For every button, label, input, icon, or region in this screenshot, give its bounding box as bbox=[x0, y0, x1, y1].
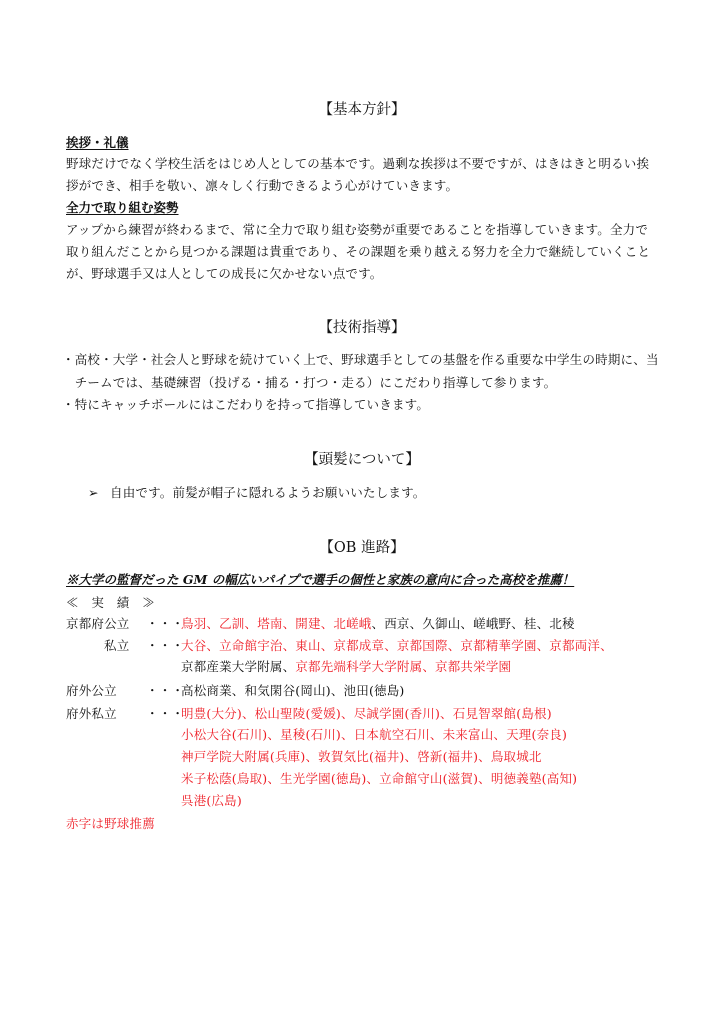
section-title-policy: 【基本方針】 bbox=[0, 103, 724, 118]
row-separator: ・・・ bbox=[146, 685, 184, 698]
section-title-technique: 【技術指導】 bbox=[0, 321, 724, 336]
section-title-ob: 【OB 進路】 bbox=[0, 541, 724, 556]
recommended-schools: 小松大谷(石川)、星稜(石川)、日本航空石川、未来富山、天理(奈良) bbox=[181, 729, 567, 742]
paragraph-line: が、野球選手又は人としての成長に欠かせない点です。 bbox=[66, 268, 383, 281]
arrow-bullet-icon: ➢ bbox=[88, 487, 99, 500]
paragraph-line: アップから練習が終わるまで、常に全力で取り組む姿勢が重要であることを指導していき… bbox=[66, 224, 648, 237]
recommended-schools: 京都先端科学大学附属、京都共栄学園 bbox=[295, 659, 511, 674]
section-title-hair: 【頭髪について】 bbox=[0, 453, 724, 468]
document-page: 【基本方針】 挨拶・礼儀 野球だけでなく学校生活をはじめ人としての基本です。過剰… bbox=[0, 0, 724, 1024]
recommended-schools: 大谷、立命館宇治、東山、京都成章、京都国際、京都精華学園、京都両洋、 bbox=[181, 640, 613, 653]
recommended-schools: 呉港(広島) bbox=[181, 795, 242, 808]
results-label: ≪ 実 績 ≫ bbox=[66, 597, 155, 610]
row-label: 府外私立 bbox=[66, 708, 117, 721]
row-label: 私立 bbox=[104, 640, 129, 653]
bullet-line: チームでは、基礎練習（投げる・捕る・打つ・走る）にこだわり指導して参ります。 bbox=[62, 377, 556, 390]
row-separator: ・・・ bbox=[146, 640, 184, 653]
subheading-greeting: 挨拶・礼儀 bbox=[66, 137, 129, 150]
row-label: 京都府公立 bbox=[66, 618, 130, 631]
ob-tagline: ※大学の監督だった GM の幅広いパイプで選手の個性と家族の意向に合った高校を推… bbox=[66, 574, 574, 587]
bullet-line: ・特にキャッチボールにはこだわりを持って指導していきます。 bbox=[62, 399, 429, 412]
school-list: 京都産業大学附属、京都先端科学大学附属、京都共栄学園 bbox=[181, 661, 511, 674]
legend-footnote: 赤字は野球推薦 bbox=[66, 818, 155, 831]
other-schools: 京都産業大学附属、 bbox=[181, 659, 295, 674]
recommended-schools: 神戸学院大附属(兵庫)、敦賀気比(福井)、啓新(福井)、鳥取城北 bbox=[181, 751, 542, 764]
paragraph-line: 取り組んだことから見つかる課題は貴重であり、その課題を乗り越える努力を全力で継続… bbox=[66, 246, 650, 259]
recommended-schools: 明豊(大分)、松山聖陵(愛媛)、尽誠学園(香川)、石見智翠館(島根) bbox=[181, 708, 552, 721]
other-schools: 高松商業、和気閑谷(岡山)、池田(徳島) bbox=[181, 685, 405, 698]
row-label: 府外公立 bbox=[66, 685, 117, 698]
bullet-line: ・高校・大学・社会人と野球を続けていく上で、野球選手としての基盤を作る重要な中学… bbox=[62, 354, 659, 367]
school-list: 鳥羽、乙訓、塔南、開建、北嵯峨、西京、久御山、嵯峨野、桂、北稜 bbox=[181, 618, 575, 631]
hair-rule-text: 自由です。前髪が帽子に隠れるようお願いいたします。 bbox=[110, 487, 426, 500]
row-separator: ・・・ bbox=[146, 708, 184, 721]
other-schools: 、西京、久御山、嵯峨野、桂、北稜 bbox=[372, 616, 575, 631]
paragraph-line: 野球だけでなく学校生活をはじめ人としての基本です。過剰な挨拶は不要ですが、はきは… bbox=[66, 158, 649, 171]
recommended-schools: 鳥羽、乙訓、塔南、開建、北嵯峨 bbox=[181, 616, 372, 631]
subheading-effort: 全力で取り組む姿勢 bbox=[66, 202, 179, 215]
paragraph-line: 拶ができ、相手を敬い、凛々しく行動できるよう心がけていきます。 bbox=[66, 180, 458, 193]
row-separator: ・・・ bbox=[146, 618, 184, 631]
recommended-schools: 米子松蔭(鳥取)、生光学園(徳島)、立命館守山(滋賀)、明徳義塾(高知) bbox=[181, 773, 577, 786]
